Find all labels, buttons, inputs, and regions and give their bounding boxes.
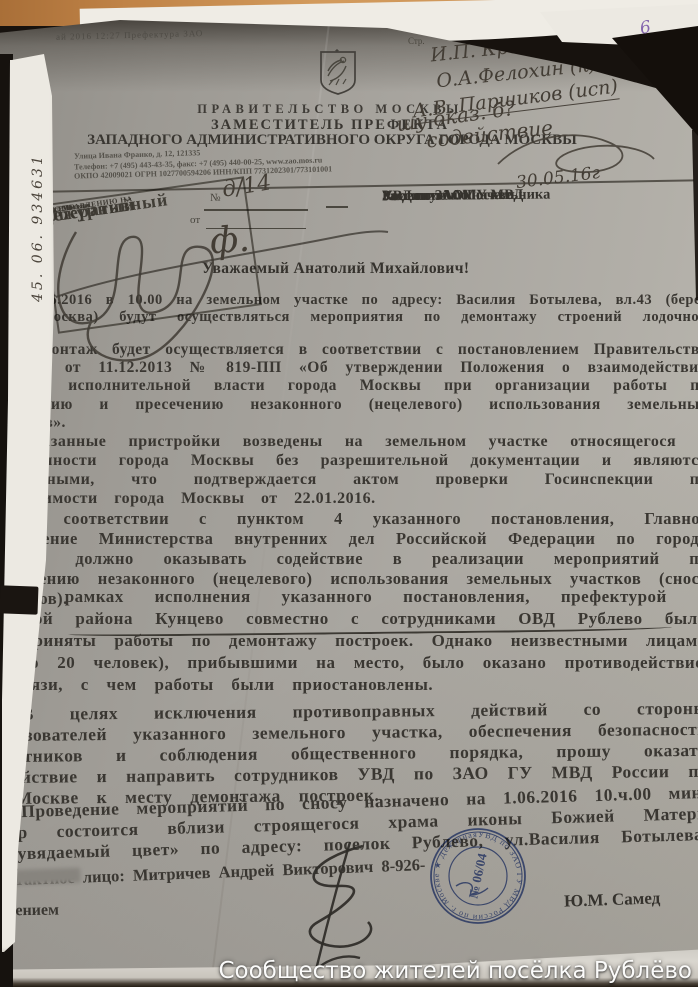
watermark-caption: Сообщество жителей посёлка Рублёво: [218, 958, 692, 984]
handwritten-margin-number: 45. 06. 934631: [30, 42, 54, 302]
right-edge-shadow: [684, 130, 698, 300]
photographed-fax-letter: ай 2016 12:27 Префектура ЗАО Стр. ПРАВИТ…: [0, 0, 698, 987]
dark-binding-mark: [0, 585, 38, 614]
background-shadow-wedges: [0, 0, 698, 987]
top-right-shadow-wedge: [608, 26, 698, 136]
